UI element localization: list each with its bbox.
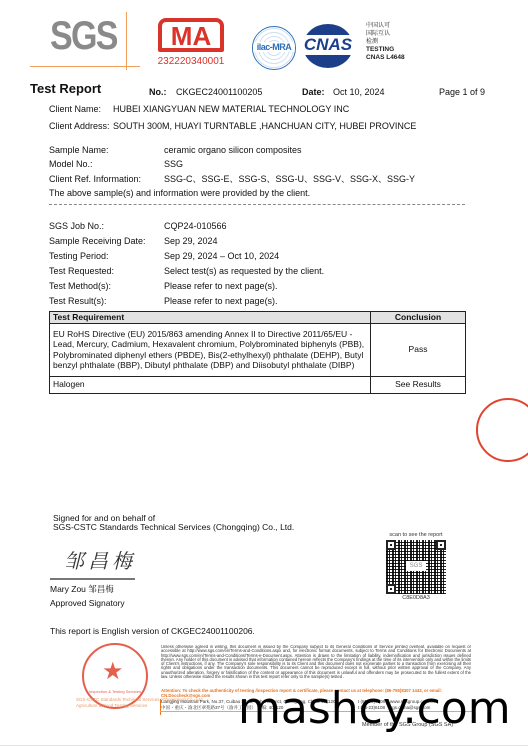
sample-name-label: Sample Name:: [49, 145, 109, 156]
client-address-label: Client Address:: [49, 121, 110, 132]
handwritten-signature: 邹昌梅: [64, 545, 136, 574]
requirement-cell: EU RoHS Directive (EU) 2015/863 amending…: [50, 323, 371, 376]
table-header-row: Test Requirement Conclusion: [50, 312, 466, 324]
cma-logo: MA 232220340001: [155, 18, 227, 66]
report-date-value: Oct 10, 2024: [333, 87, 385, 98]
test-methods-value: Please refer to next page(s).: [164, 281, 278, 292]
cma-mark: MA: [158, 18, 224, 52]
job-no-value: CQP24-010566: [164, 221, 227, 232]
ilac-mra-logo: ilac-MRA: [252, 26, 296, 70]
english-version-note: This report is English version of CKGEC2…: [50, 626, 255, 637]
results-table: Test Requirement Conclusion EU RoHS Dire…: [49, 311, 466, 394]
cnas-accreditation-text: 中国认可 国际互认 检测 TESTING CNAS L4648: [366, 22, 405, 62]
test-methods-label: Test Method(s):: [49, 281, 111, 292]
report-no-value: CKGEC24001100205: [176, 87, 262, 98]
cnas-logo-text: CNAS: [297, 35, 359, 55]
ilac-mra-text: ilac-MRA: [253, 42, 295, 52]
sgs-logo-text: SGS: [50, 14, 117, 59]
signatory-name: Mary Zou 邹昌梅: [50, 584, 114, 595]
qr-sgs-logo: SGS: [406, 561, 426, 571]
client-ref-value: SSG-C、SSG-E、SSG-S、SSG-U、SSG-V、SSG-X、SSG-…: [164, 174, 415, 185]
seal-text: Inspection & Testing Services: [84, 689, 146, 694]
sample-name-value: ceramic organo silicon composites: [164, 145, 302, 156]
client-name-value: HUBEI XIANGYUAN NEW MATERIAL TECHNOLOGY …: [113, 104, 349, 115]
logo-rule: [126, 12, 127, 70]
cnas-text-line: 中国认可: [366, 22, 405, 30]
client-address-value: SOUTH 300M, HUAYI TURNTABLE ,HANCHUAN CI…: [113, 121, 416, 132]
star-icon: ★: [102, 657, 124, 686]
test-results-value: Please refer to next page(s).: [164, 296, 278, 307]
conclusion-cell: See Results: [371, 376, 466, 393]
qr-finder-icon: [386, 584, 396, 594]
testing-period-label: Testing Period:: [49, 251, 109, 262]
section-divider: [49, 204, 465, 205]
conclusion-cell: Pass: [371, 323, 466, 376]
signing-company: SGS-CSTC Standards Technical Services (C…: [53, 522, 294, 533]
cnas-text-line: CNAS L4648: [366, 54, 405, 62]
company-seal-edge: [476, 398, 528, 462]
test-results-label: Test Result(s):: [49, 296, 107, 307]
client-ref-label: Client Ref. Information:: [49, 174, 141, 185]
column-header-conclusion: Conclusion: [371, 312, 466, 324]
signature-line: [50, 578, 135, 580]
testing-period-value: Sep 29, 2024 – Oct 10, 2024: [164, 251, 279, 262]
signatory-role: Approved Signatory: [50, 598, 125, 609]
legal-disclaimer: Unless otherwise agreed in writing, this…: [161, 645, 471, 688]
cma-number: 232220340001: [155, 56, 227, 67]
test-requested-label: Test Requested:: [49, 266, 114, 277]
column-header-requirement: Test Requirement: [50, 312, 371, 324]
sample-note: The above sample(s) and information were…: [49, 188, 310, 199]
page-bottom-edge: [0, 745, 528, 746]
report-no-label: No.:: [149, 87, 167, 98]
cnas-logo: CNAS: [303, 24, 353, 68]
qr-caption: scan to see the report: [380, 532, 452, 538]
requirement-cell: Halogen: [50, 376, 371, 393]
report-date-label: Date:: [302, 87, 325, 98]
model-no-label: Model No.:: [49, 159, 93, 170]
test-requested-value: Select test(s) as requested by the clien…: [164, 266, 324, 277]
page-number: Page 1 of 9: [439, 87, 485, 98]
model-no-value: SSG: [164, 159, 183, 170]
cnas-text-line: 国际互认: [366, 30, 405, 38]
cnas-text-line: TESTING: [366, 46, 405, 54]
job-no-label: SGS Job No.:: [49, 221, 104, 232]
watermark: mashcy.com: [238, 687, 511, 731]
logo-rule: [30, 66, 140, 67]
receiving-date-label: Sample Receiving Date:: [49, 236, 146, 247]
client-name-label: Client Name:: [49, 104, 101, 115]
receiving-date-value: Sep 29, 2024: [164, 236, 218, 247]
report-qr-code[interactable]: SGS: [386, 540, 446, 594]
page-title: Test Report: [30, 83, 101, 94]
table-row: EU RoHS Directive (EU) 2015/863 amending…: [50, 323, 466, 376]
qr-finder-icon: [386, 540, 396, 550]
qr-finder-icon: [436, 540, 446, 550]
sgs-logo: SGS: [30, 12, 140, 62]
cnas-text-line: 检测: [366, 38, 405, 46]
table-row: Halogen See Results: [50, 376, 466, 393]
qr-verification-code: C8E0D8A3: [380, 595, 452, 601]
